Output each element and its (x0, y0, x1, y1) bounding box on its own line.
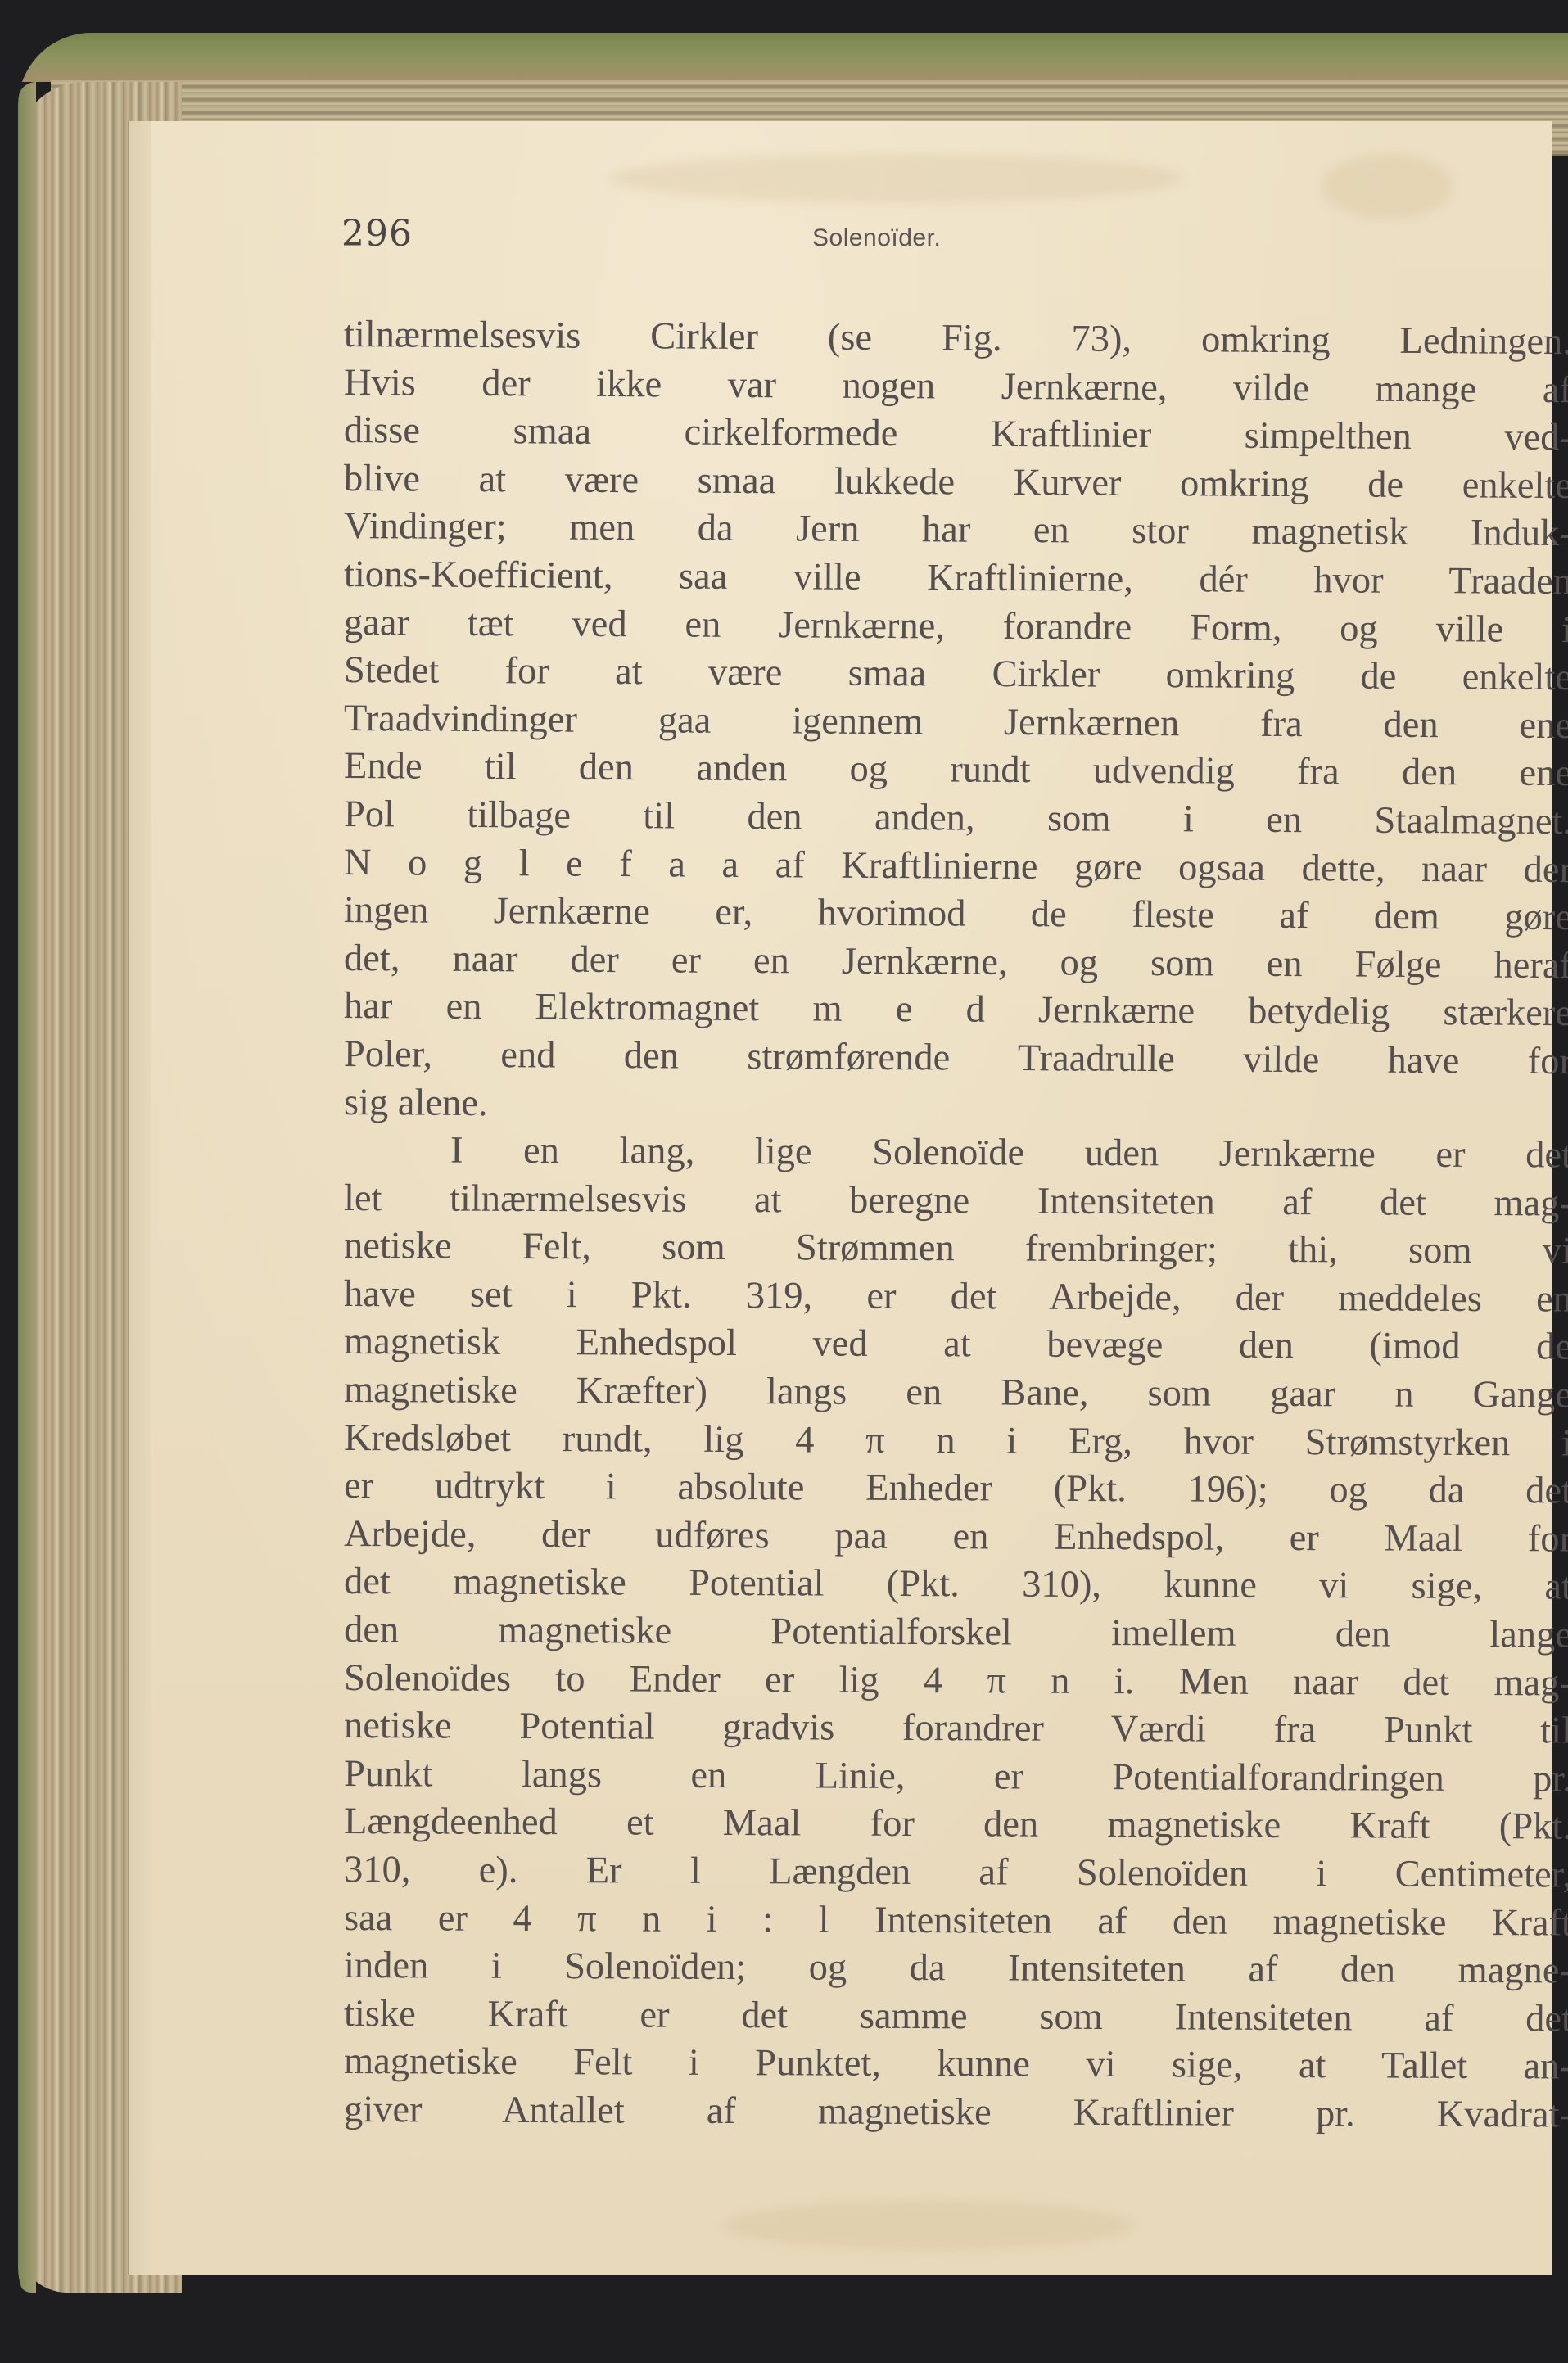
text-line: Stedet for at være smaa Cirkler omkring … (344, 647, 1568, 703)
text-line: I en lang, lige Solenoïde uden Jernkærne… (344, 1127, 1568, 1180)
text-line: Kredsløbet rundt, lig 4 π n i Erg, hvor … (344, 1415, 1568, 1468)
text-line: har en Elektromagnet m e d Jernkærne bet… (344, 983, 1568, 1038)
text-line: Vindinger; men da Jern har en stor magne… (344, 503, 1568, 558)
water-stain (1322, 154, 1453, 219)
text-line: tiske Kraft er det samme som Intensitete… (344, 1990, 1568, 2044)
text-line: er udtrykt i absolute Enheder (Pkt. 196)… (344, 1462, 1568, 1516)
running-head: 296 Solenoïder. (151, 213, 1552, 262)
text-line: netiske Potential gradvis forandrer Værd… (344, 1702, 1568, 1755)
page-number: 296 (341, 213, 413, 255)
text-line: Længdeenhed et Maal for den magnetiske K… (344, 1798, 1568, 1851)
text-line: giver Antallet af magnetiske Kraftlinier… (344, 2086, 1568, 2139)
text-line: 310, e). Er l Længden af Solenoïden i Ce… (344, 1846, 1568, 1900)
text-line: ingen Jernkærne er, hvorimod de fleste a… (344, 887, 1568, 942)
text-line: det magnetiske Potential (Pkt. 310), kun… (344, 1558, 1568, 1611)
text-line: gaar tæt ved en Jernkærne, forandre Form… (344, 599, 1568, 655)
text-line: inden i Solenoïden; og da Intensiteten a… (344, 1942, 1568, 1995)
body-text: tilnærmelsesvis Cirkler (se Fig. 73), om… (344, 311, 1568, 2135)
text-line: let tilnærmelsesvis at beregne Intensite… (344, 1175, 1568, 1228)
text-line: Hvis der ikke var nogen Jernkærne, vilde… (344, 359, 1568, 415)
text-line: magnetisk Enhedspol ved at bevæge den (i… (344, 1318, 1568, 1371)
text-line: saa er 4 π n i : l Intensiteten af den m… (344, 1895, 1568, 1948)
text-line: det, naar der er en Jernkærne, og som en… (344, 935, 1568, 991)
paragraph: I en lang, lige Solenoïde uden Jernkærne… (344, 1127, 1568, 2134)
book-page: 296 Solenoïder. tilnærmelsesvis Cirkler … (149, 121, 1552, 2275)
text-line: Poler, end den strømførende Traadrulle v… (344, 1031, 1568, 1087)
text-line: magnetiske Felt i Punktet, kunne vi sige… (344, 2038, 1568, 2091)
text-line: Arbejde, der udføres paa en Enhedspol, e… (344, 1511, 1568, 1564)
text-line: Solenoïdes to Ender er lig 4 π n i. Men … (344, 1655, 1568, 1708)
text-line: blive at være smaa lukkede Kurver omkrin… (344, 455, 1568, 511)
water-stain (724, 2201, 1133, 2250)
text-line: den magnetiske Potentialforskel imellem … (344, 1606, 1568, 1660)
text-line: N o g l e f a a af Kraftlinierne gøre og… (344, 839, 1568, 895)
text-line: tions-Koefficient, saa ville Kraftlinier… (344, 551, 1568, 607)
running-title: Solenoïder. (812, 224, 941, 252)
water-stain (609, 154, 1182, 203)
paragraph: tilnærmelsesvis Cirkler (se Fig. 73), om… (344, 311, 1568, 1127)
text-line: Ende til den anden og rundt udvendig fra… (344, 743, 1568, 798)
text-line: have set i Pkt. 319, er det Arbejde, der… (344, 1271, 1568, 1324)
text-line: magnetiske Kræfter) langs en Bane, som g… (344, 1367, 1568, 1420)
text-line: tilnærmelsesvis Cirkler (se Fig. 73), om… (344, 311, 1568, 367)
text-line: Punkt langs en Linie, er Potentialforand… (344, 1751, 1568, 1804)
text-line: Pol tilbage til den anden, som i en Staa… (344, 791, 1568, 847)
page-inner-edge (128, 121, 151, 2275)
text-line: Traadvindinger gaa igennem Jernkærnen fr… (344, 695, 1568, 751)
book-cover-top-edge (18, 33, 1568, 82)
text-line: sig alene. (344, 1079, 1568, 1135)
text-line: disse smaa cirkelformede Kraftlinier sim… (344, 407, 1568, 463)
text-line: netiske Felt, som Strømmen frembringer; … (344, 1222, 1568, 1276)
